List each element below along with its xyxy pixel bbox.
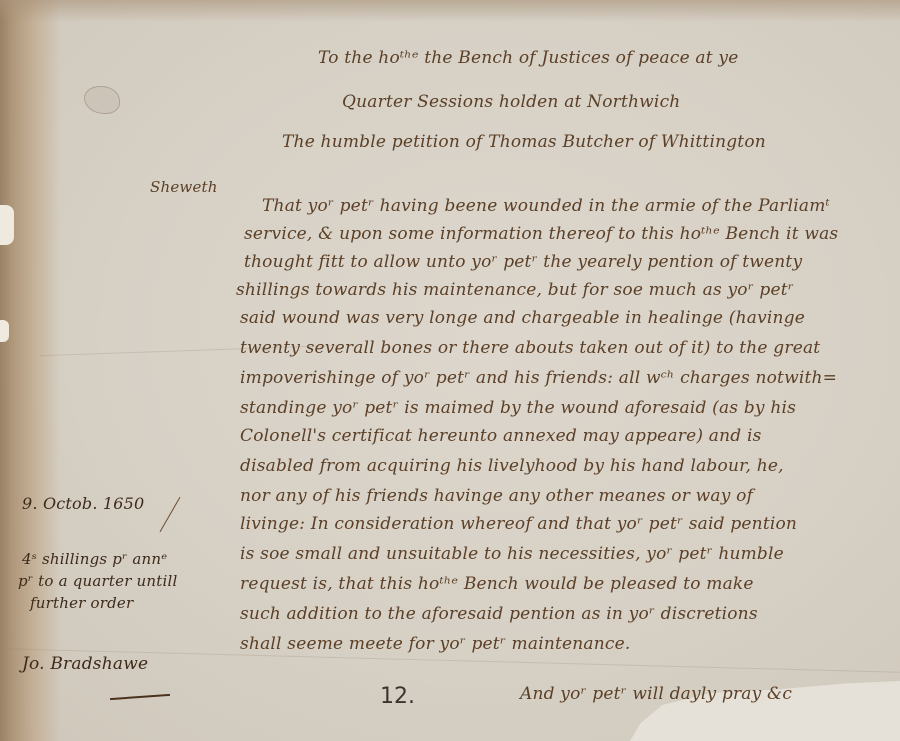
body-line: twenty severall bones or there abouts ta… bbox=[240, 338, 820, 358]
signature-flourish bbox=[110, 694, 170, 700]
margin-signature: Jo. Bradshawe bbox=[22, 654, 148, 674]
margin-order-line: further order bbox=[30, 594, 133, 612]
ink-blot bbox=[84, 86, 120, 114]
body-line: request is, that this hoᵗʰᵉ Bench would … bbox=[240, 574, 754, 594]
folio-number: 12. bbox=[380, 684, 415, 709]
body-line: thought fitt to allow unto yoʳ petʳ the … bbox=[244, 252, 802, 272]
water-stain-left bbox=[0, 0, 60, 741]
manuscript-page: To the hoᵗʰᵉ the Bench of Justices of pe… bbox=[0, 0, 900, 741]
body-line: nor any of his friends havinge any other… bbox=[240, 486, 753, 506]
body-line: standinge yoʳ petʳ is maimed by the woun… bbox=[240, 398, 796, 418]
closing-line: And yoʳ petʳ will dayly pray &c bbox=[520, 684, 792, 704]
petition-title: The humble petition of Thomas Butcher of… bbox=[282, 132, 766, 152]
body-line: is soe small and unsuitable to his neces… bbox=[240, 544, 784, 564]
body-line: disabled from acquiring his livelyhood b… bbox=[240, 456, 784, 476]
torn-edge bbox=[0, 320, 9, 342]
water-stain-top bbox=[0, 0, 900, 22]
body-line: such addition to the aforesaid pention a… bbox=[240, 604, 758, 624]
body-line: shillings towards his maintenance, but f… bbox=[236, 280, 794, 300]
address-line-1: To the hoᵗʰᵉ the Bench of Justices of pe… bbox=[318, 48, 738, 68]
torn-edge bbox=[0, 205, 14, 245]
address-line-2: Quarter Sessions holden at Northwich bbox=[342, 92, 680, 112]
body-line: shall seeme meete for yoʳ petʳ maintenan… bbox=[240, 634, 631, 654]
body-line: impoverishinge of yoʳ petʳ and his frien… bbox=[240, 368, 837, 388]
body-line: service, & upon some information thereof… bbox=[244, 224, 838, 244]
margin-date: 9. Octob. 1650 bbox=[22, 494, 144, 513]
body-line: Colonell's certificat hereunto annexed m… bbox=[240, 426, 762, 446]
margin-order-line: 4ˢ shillings pʳ annᵉ bbox=[22, 550, 167, 568]
margin-order-line: pʳ to a quarter untill bbox=[18, 572, 177, 590]
salutation: Sheweth bbox=[150, 178, 218, 196]
body-line: That yoʳ petʳ having beene wounded in th… bbox=[262, 196, 830, 216]
body-line: livinge: In consideration whereof and th… bbox=[240, 514, 797, 534]
margin-stroke bbox=[160, 497, 181, 532]
body-line: said wound was very longe and chargeable… bbox=[240, 308, 805, 328]
